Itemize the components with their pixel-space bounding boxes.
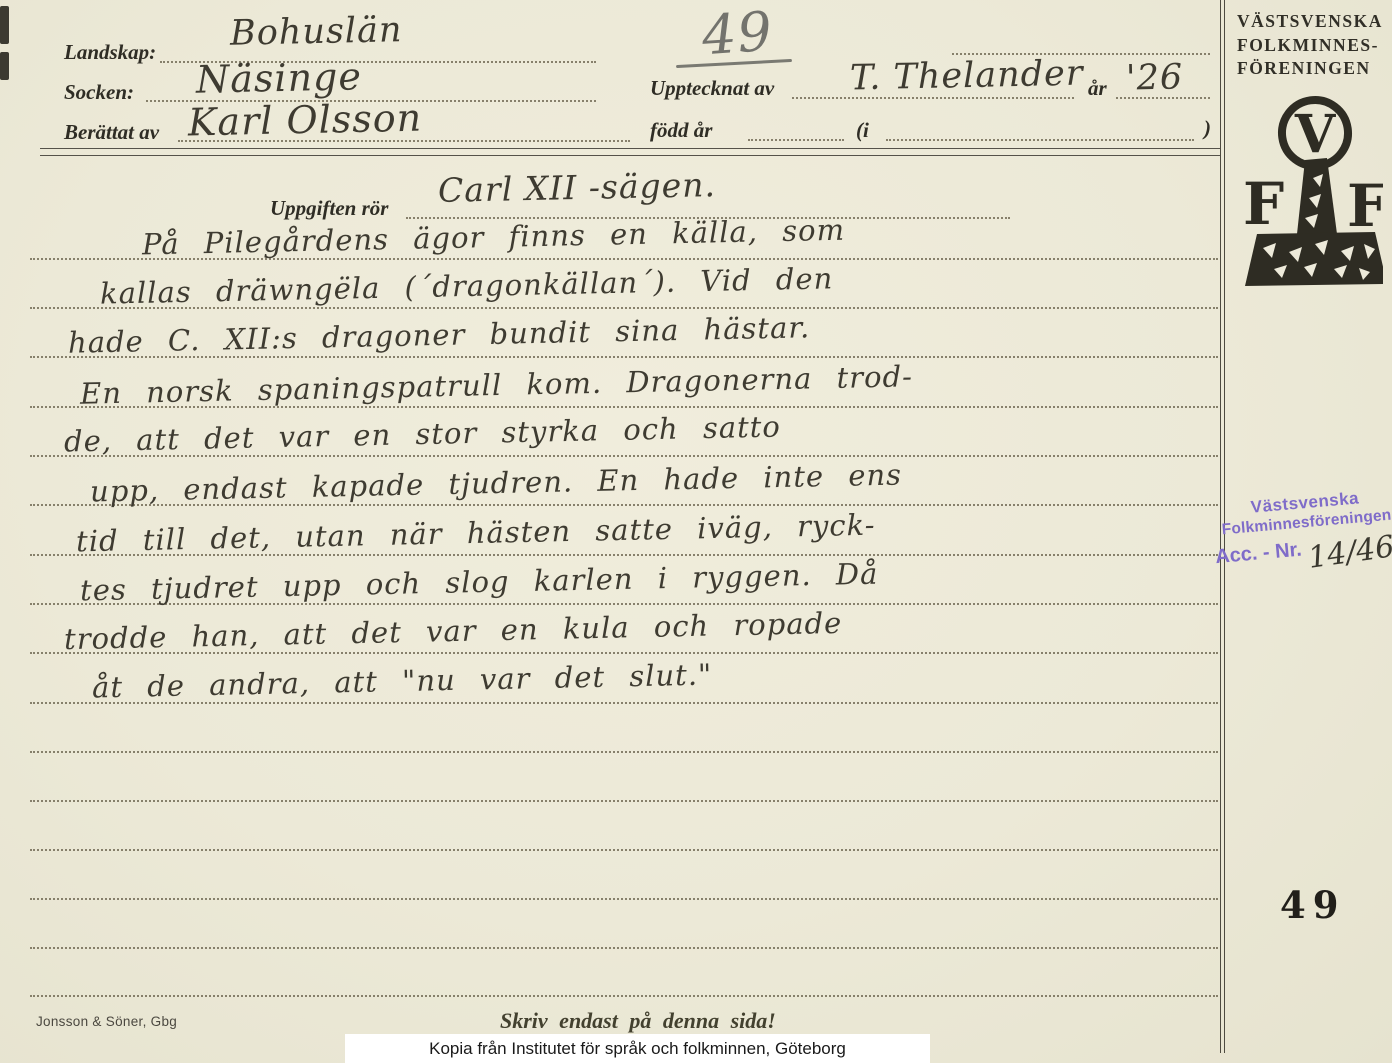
- pencil-card-number: 49: [700, 0, 775, 67]
- body-text-line: åt de andra, att "nu var det slut.": [92, 658, 713, 705]
- printed-page-number: 49: [1280, 883, 1346, 927]
- body-text-line: trodde han, att det var en kula och ropa…: [64, 606, 843, 656]
- field-label-landskap: Landskap:: [64, 40, 156, 65]
- body-text-line: de, att det var en stor styrka och satto: [64, 409, 781, 458]
- scan-edge-mark: [0, 52, 9, 80]
- paren-open: (i: [856, 118, 869, 143]
- ruled-line: [886, 139, 1194, 141]
- field-label-socken: Socken:: [64, 80, 134, 105]
- body-text-line: upp, endast kapade tjudren. En hade inte…: [90, 458, 903, 509]
- printer-imprint: Jonsson & Söner, Gbg: [36, 1014, 177, 1029]
- ruled-line: [748, 139, 844, 141]
- field-value-landskap: Bohuslän: [230, 10, 403, 54]
- logo-letter-f-right: F: [1347, 172, 1383, 240]
- logo-letter-f-left: F: [1243, 170, 1284, 238]
- ruled-line: [30, 800, 1218, 802]
- field-label-fodd-ar: född år: [650, 118, 712, 143]
- body-text-line: kallas dräwngëla (´dragonkällan´). Vid d…: [100, 261, 834, 310]
- body-text-line: På Pilegårdens ägor finns en källa, som: [142, 213, 846, 262]
- double-rule-horizontal: [40, 148, 1220, 156]
- field-label-berattat-av: Berättat av: [64, 120, 159, 145]
- field-label-upptecknat-av: Upptecknat av: [650, 76, 774, 101]
- ruled-line: [30, 995, 1218, 997]
- copy-banner: Kopia från Institutet för språk och folk…: [345, 1034, 930, 1063]
- body-text-line: tes tjudret upp och slog karlen i ryggen…: [80, 557, 879, 608]
- ruled-line: [30, 849, 1218, 851]
- ruled-line: [30, 751, 1218, 753]
- field-value-upptecknat-av: T. Thelander: [850, 54, 1084, 99]
- vff-thors-hammer-logo: V F F: [1243, 86, 1383, 311]
- logo-letter-v: V: [1294, 104, 1337, 165]
- ruled-line: [30, 947, 1218, 949]
- copy-banner-text: Kopia från Institutet för språk och folk…: [429, 1039, 846, 1059]
- paren-close: ): [1204, 116, 1211, 141]
- field-value-socken: Näsinge: [196, 54, 363, 101]
- field-value-ar: '26: [1126, 57, 1184, 98]
- subject-value: Carl XII -sägen.: [438, 165, 717, 210]
- body-text-line: En norsk spaningspatrull kom. Dragonerna…: [80, 359, 914, 410]
- organization-name: VÄSTSVENSKA FOLKMINNES- FÖRENINGEN: [1237, 10, 1383, 81]
- ruled-line: [30, 898, 1218, 900]
- write-only-notice: Skriv endast på denna sida!: [500, 1008, 776, 1034]
- field-label-ar: år: [1088, 76, 1107, 101]
- body-text-line: tid till det, utan när hästen satte iväg…: [76, 508, 876, 559]
- record-card: Landskap: Bohuslän Socken: Näsinge Berät…: [0, 0, 1392, 1063]
- field-label-uppgiften-ror: Uppgiften rör: [270, 196, 388, 221]
- field-value-berattat-av: Karl Olsson: [188, 96, 423, 145]
- scan-edge-mark: [0, 6, 9, 44]
- ruled-line: [792, 97, 1074, 99]
- ruled-line: [30, 702, 1218, 704]
- body-text-line: hade C. XII:s dragoner bundit sina hästa…: [68, 310, 811, 360]
